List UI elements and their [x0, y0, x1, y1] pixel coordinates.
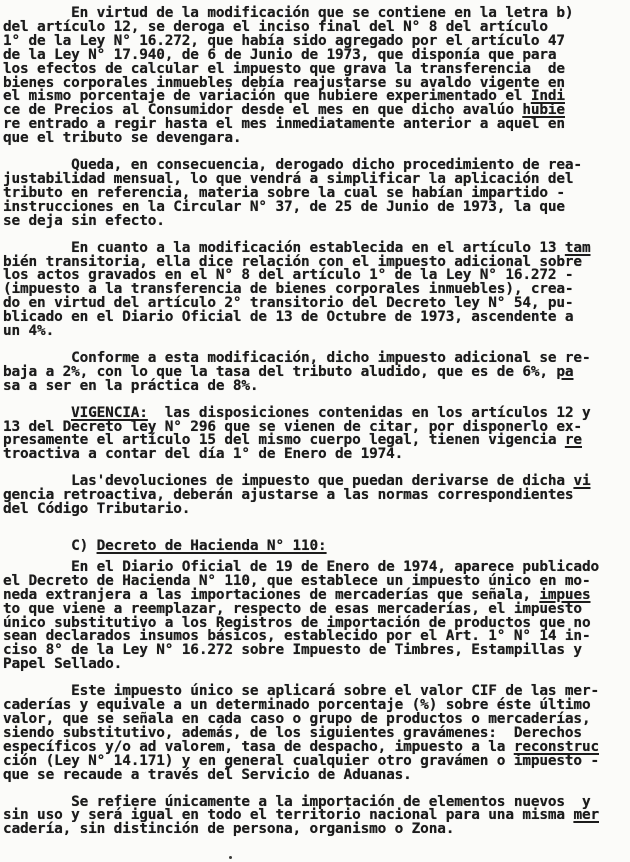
text-line: que el tributo se devengara. — [3, 132, 628, 146]
text-segment: que se recaude a través del Servicio de … — [3, 767, 412, 783]
underlined-text: pa — [556, 364, 573, 380]
paragraph-devoluciones: Las'devoluciones de impuesto que puedan … — [3, 475, 628, 517]
text-segment: del Código Tributario. — [3, 501, 190, 517]
paragraph-valor-cif: Este impuesto único se aplicará sobre el… — [3, 685, 628, 782]
text-segment: un 4%. — [3, 323, 54, 339]
text-segment: se deja sin efecto. — [3, 213, 165, 229]
paragraph-derogacion-inciso: En virtud de la modificación que se cont… — [3, 7, 628, 146]
paragraph-diario-oficial: En el Diario Oficial de 19 de Enero de 1… — [3, 561, 628, 672]
document-body: En virtud de la modificación que se cont… — [3, 7, 628, 837]
underlined-text: mer — [573, 807, 599, 823]
text-segment: blicado en el Diario Oficial de 13 de Oc… — [3, 309, 573, 325]
text-line: C) Decreto de Hacienda N° 110: — [3, 540, 628, 554]
text-line: Papel Sellado. — [3, 658, 628, 672]
text-segment: troactiva a contar del día 1° de Enero d… — [3, 446, 403, 462]
underlined-text: vi — [573, 473, 590, 489]
scan-speck — [229, 856, 232, 859]
text-line: se deja sin efecto. — [3, 215, 628, 229]
underlined-text: Decreto de Hacienda N° 110: — [97, 538, 327, 554]
text-line: que se recaude a través del Servicio de … — [3, 769, 628, 783]
paragraph-articulo-13: En cuanto a la modificación establecida … — [3, 242, 628, 339]
text-line: blicado en el Diario Oficial de 13 de Oc… — [3, 311, 628, 325]
text-line: sa a ser en la práctica de 8%. — [3, 380, 628, 394]
underlined-text: re — [565, 432, 582, 448]
paragraph-rebaja-tasa: Conforme a esta modificación, dicho impu… — [3, 352, 628, 394]
text-line: troactiva a contar del día 1° de Enero d… — [3, 448, 628, 462]
text-line: cadería, sin distinción de persona, orga… — [3, 823, 628, 837]
text-segment: cadería, sin distinción de persona, orga… — [3, 821, 454, 837]
text-line: un 4%. — [3, 325, 628, 339]
text-segment: sa a ser en la práctica de 8%. — [3, 378, 258, 394]
text-segment: C) — [3, 538, 97, 554]
text-line: del Código Tributario. — [3, 503, 628, 517]
paragraph-vigencia: VIGENCIA: las disposiciones contenidas e… — [3, 407, 628, 463]
text-segment: que el tributo se devengara. — [3, 130, 241, 146]
paragraph-derogado-procedimiento: Queda, en consecuencia, derogado dicho p… — [3, 159, 628, 229]
text-segment: Papel Sellado. — [3, 656, 122, 672]
paragraph-elementos-nuevos: Se refiere únicamente a la importación d… — [3, 796, 628, 838]
document-page: En virtud de la modificación que se cont… — [0, 0, 630, 862]
section-heading-decreto-110: C) Decreto de Hacienda N° 110: — [3, 540, 628, 554]
